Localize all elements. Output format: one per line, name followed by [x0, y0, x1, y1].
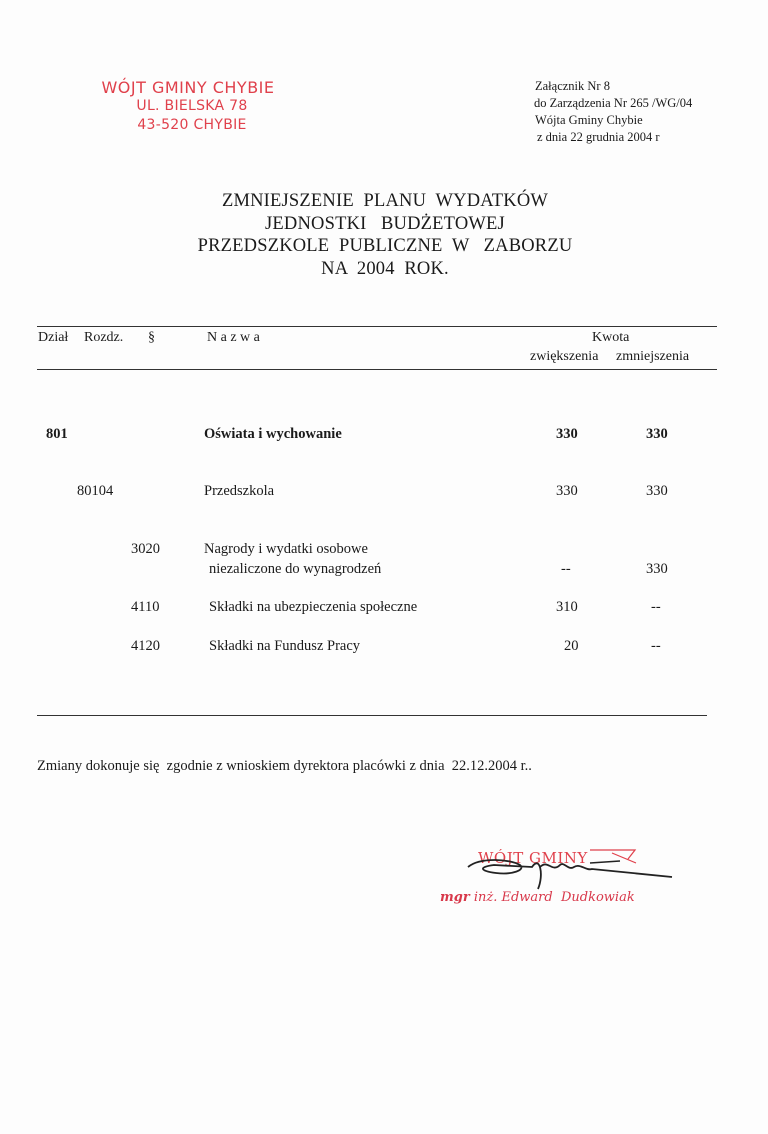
- table-top-rule: [37, 326, 717, 327]
- row-decrease: 330: [646, 426, 668, 443]
- title-line-3: PRZEDSZKOLE PUBLICZNE W ZABORZU: [150, 235, 620, 258]
- row-increase: 330: [556, 426, 578, 443]
- row-code: 801: [46, 426, 68, 443]
- row-name: Nagrody i wydatki osobowe: [204, 541, 368, 558]
- header-kwota: Kwota: [592, 330, 629, 346]
- signatory-fullname: inż. Edward Dudkowiak: [474, 890, 635, 905]
- annex-line-4: z dnia 22 grudnia 2004 r: [537, 129, 692, 146]
- row-name: Przedszkola: [204, 483, 274, 500]
- row-decrease: 330: [646, 483, 668, 500]
- title-line-1: ZMNIEJSZENIE PLANU WYDATKÓW: [150, 190, 620, 213]
- document-title: ZMNIEJSZENIE PLANU WYDATKÓW JEDNOSTKI BU…: [150, 190, 620, 280]
- row-increase: 310: [556, 599, 578, 616]
- header-zmniejszenia: zmniejszenia: [616, 349, 689, 365]
- row-code: 4110: [131, 599, 159, 616]
- title-line-2: JEDNOSTKI BUDŻETOWEJ: [150, 213, 620, 236]
- signatory-title: mgr: [440, 890, 470, 905]
- row-name: Składki na Fundusz Pracy: [209, 638, 360, 655]
- header-nazwa: N a z w a: [207, 330, 260, 346]
- header-rozdz: Rozdz.: [84, 330, 123, 346]
- annex-line-3: Wójta Gminy Chybie: [535, 112, 692, 129]
- row-increase: 330: [556, 483, 578, 500]
- change-note: Zmiany dokonuje się zgodnie z wnioskiem …: [37, 758, 532, 775]
- row-code: 80104: [77, 483, 113, 500]
- row-code: 4120: [131, 638, 160, 655]
- header-dzial: Dział: [38, 330, 68, 346]
- annex-line-2: do Zarządzenia Nr 265 /WG/04: [534, 95, 692, 112]
- table-header-rule: [37, 369, 717, 370]
- signatory-name: mgr inż. Edward Dudkowiak: [440, 890, 635, 905]
- row-decrease: 330: [646, 561, 668, 578]
- table-bottom-rule: [37, 715, 707, 716]
- office-stamp: WÓJT GMINY CHYBIE UL. BIELSKA 78 43-520 …: [62, 78, 314, 135]
- header-paragraf: §: [148, 330, 155, 346]
- row-increase: 20: [564, 638, 579, 655]
- stamp-line-2: UL. BIELSKA 78: [62, 97, 314, 116]
- row-increase: --: [561, 561, 571, 578]
- handwritten-signature-icon: [440, 845, 710, 895]
- row-name: Oświata i wychowanie: [204, 426, 342, 443]
- row-name-continued: niezaliczone do wynagrodzeń: [209, 561, 381, 578]
- row-name: Składki na ubezpieczenia społeczne: [209, 599, 417, 616]
- row-code: 3020: [131, 541, 160, 558]
- annex-reference: Załącznik Nr 8 do Zarządzenia Nr 265 /WG…: [535, 78, 692, 146]
- stamp-line-3: 43-520 CHYBIE: [62, 116, 314, 135]
- title-line-4: NA 2004 ROK.: [150, 258, 620, 281]
- header-zwiekszenia: zwiększenia: [530, 349, 598, 365]
- annex-line-1: Załącznik Nr 8: [535, 78, 692, 95]
- row-decrease: --: [651, 599, 661, 616]
- stamp-line-1: WÓJT GMINY CHYBIE: [62, 78, 314, 97]
- row-decrease: --: [651, 638, 661, 655]
